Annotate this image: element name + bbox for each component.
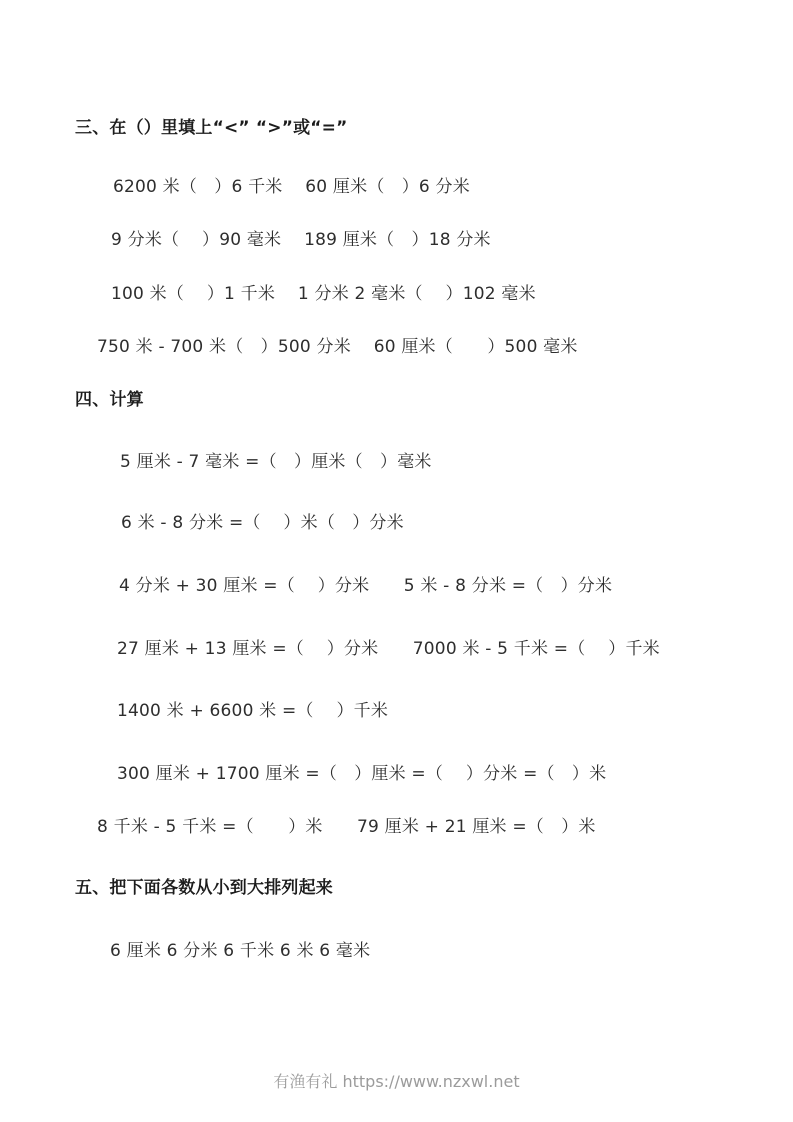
footer-watermark: 有渔有礼 https://www.nzxwl.net xyxy=(0,1069,793,1092)
section4-title: 四、计算 xyxy=(75,389,144,411)
section4-calculation-row: 6 米 - 8 分米 =（ ）米（ ）分米 xyxy=(121,512,404,534)
section4-calculation-row: 4 分米 + 30 厘米 =（ ）分米 5 米 - 8 分米 =（ ）分米 xyxy=(119,575,612,597)
section4-calculation-row: 27 厘米 + 13 厘米 =（ ）分米 7000 米 - 5 千米 =（ ）千… xyxy=(117,638,660,660)
section3-comparison-row: 750 米 - 700 米（ ）500 分米 60 厘米（ ）500 毫米 xyxy=(97,336,578,358)
section4-calculation-row: 5 厘米 - 7 毫米 =（ ）厘米（ ）毫米 xyxy=(120,451,432,473)
section5-ordering-row: 6 厘米 6 分米 6 千米 6 米 6 毫米 xyxy=(110,940,370,962)
section3-comparison-row: 9 分米（ ）90 毫米 189 厘米（ ）18 分米 xyxy=(111,229,491,251)
section4-calculation-row: 1400 米 + 6600 米 =（ ）千米 xyxy=(117,700,388,722)
section4-calculation-row: 8 千米 - 5 千米 =（ ）米 79 厘米 + 21 厘米 =（ ）米 xyxy=(97,816,596,838)
section4-calculation-row: 300 厘米 + 1700 厘米 =（ ）厘米 =（ ）分米 =（ ）米 xyxy=(117,763,606,785)
worksheet-page: 三、在（）里填上“<” “>”或“=” 6200 米（ ）6 千米 60 厘米（… xyxy=(0,0,793,1122)
section3-comparison-row: 6200 米（ ）6 千米 60 厘米（ ）6 分米 xyxy=(113,176,470,198)
section5-title: 五、把下面各数从小到大排列起来 xyxy=(75,877,333,899)
section3-comparison-row: 100 米（ ）1 千米 1 分米 2 毫米（ ）102 毫米 xyxy=(111,283,536,305)
section3-title: 三、在（）里填上“<” “>”或“=” xyxy=(75,117,348,139)
